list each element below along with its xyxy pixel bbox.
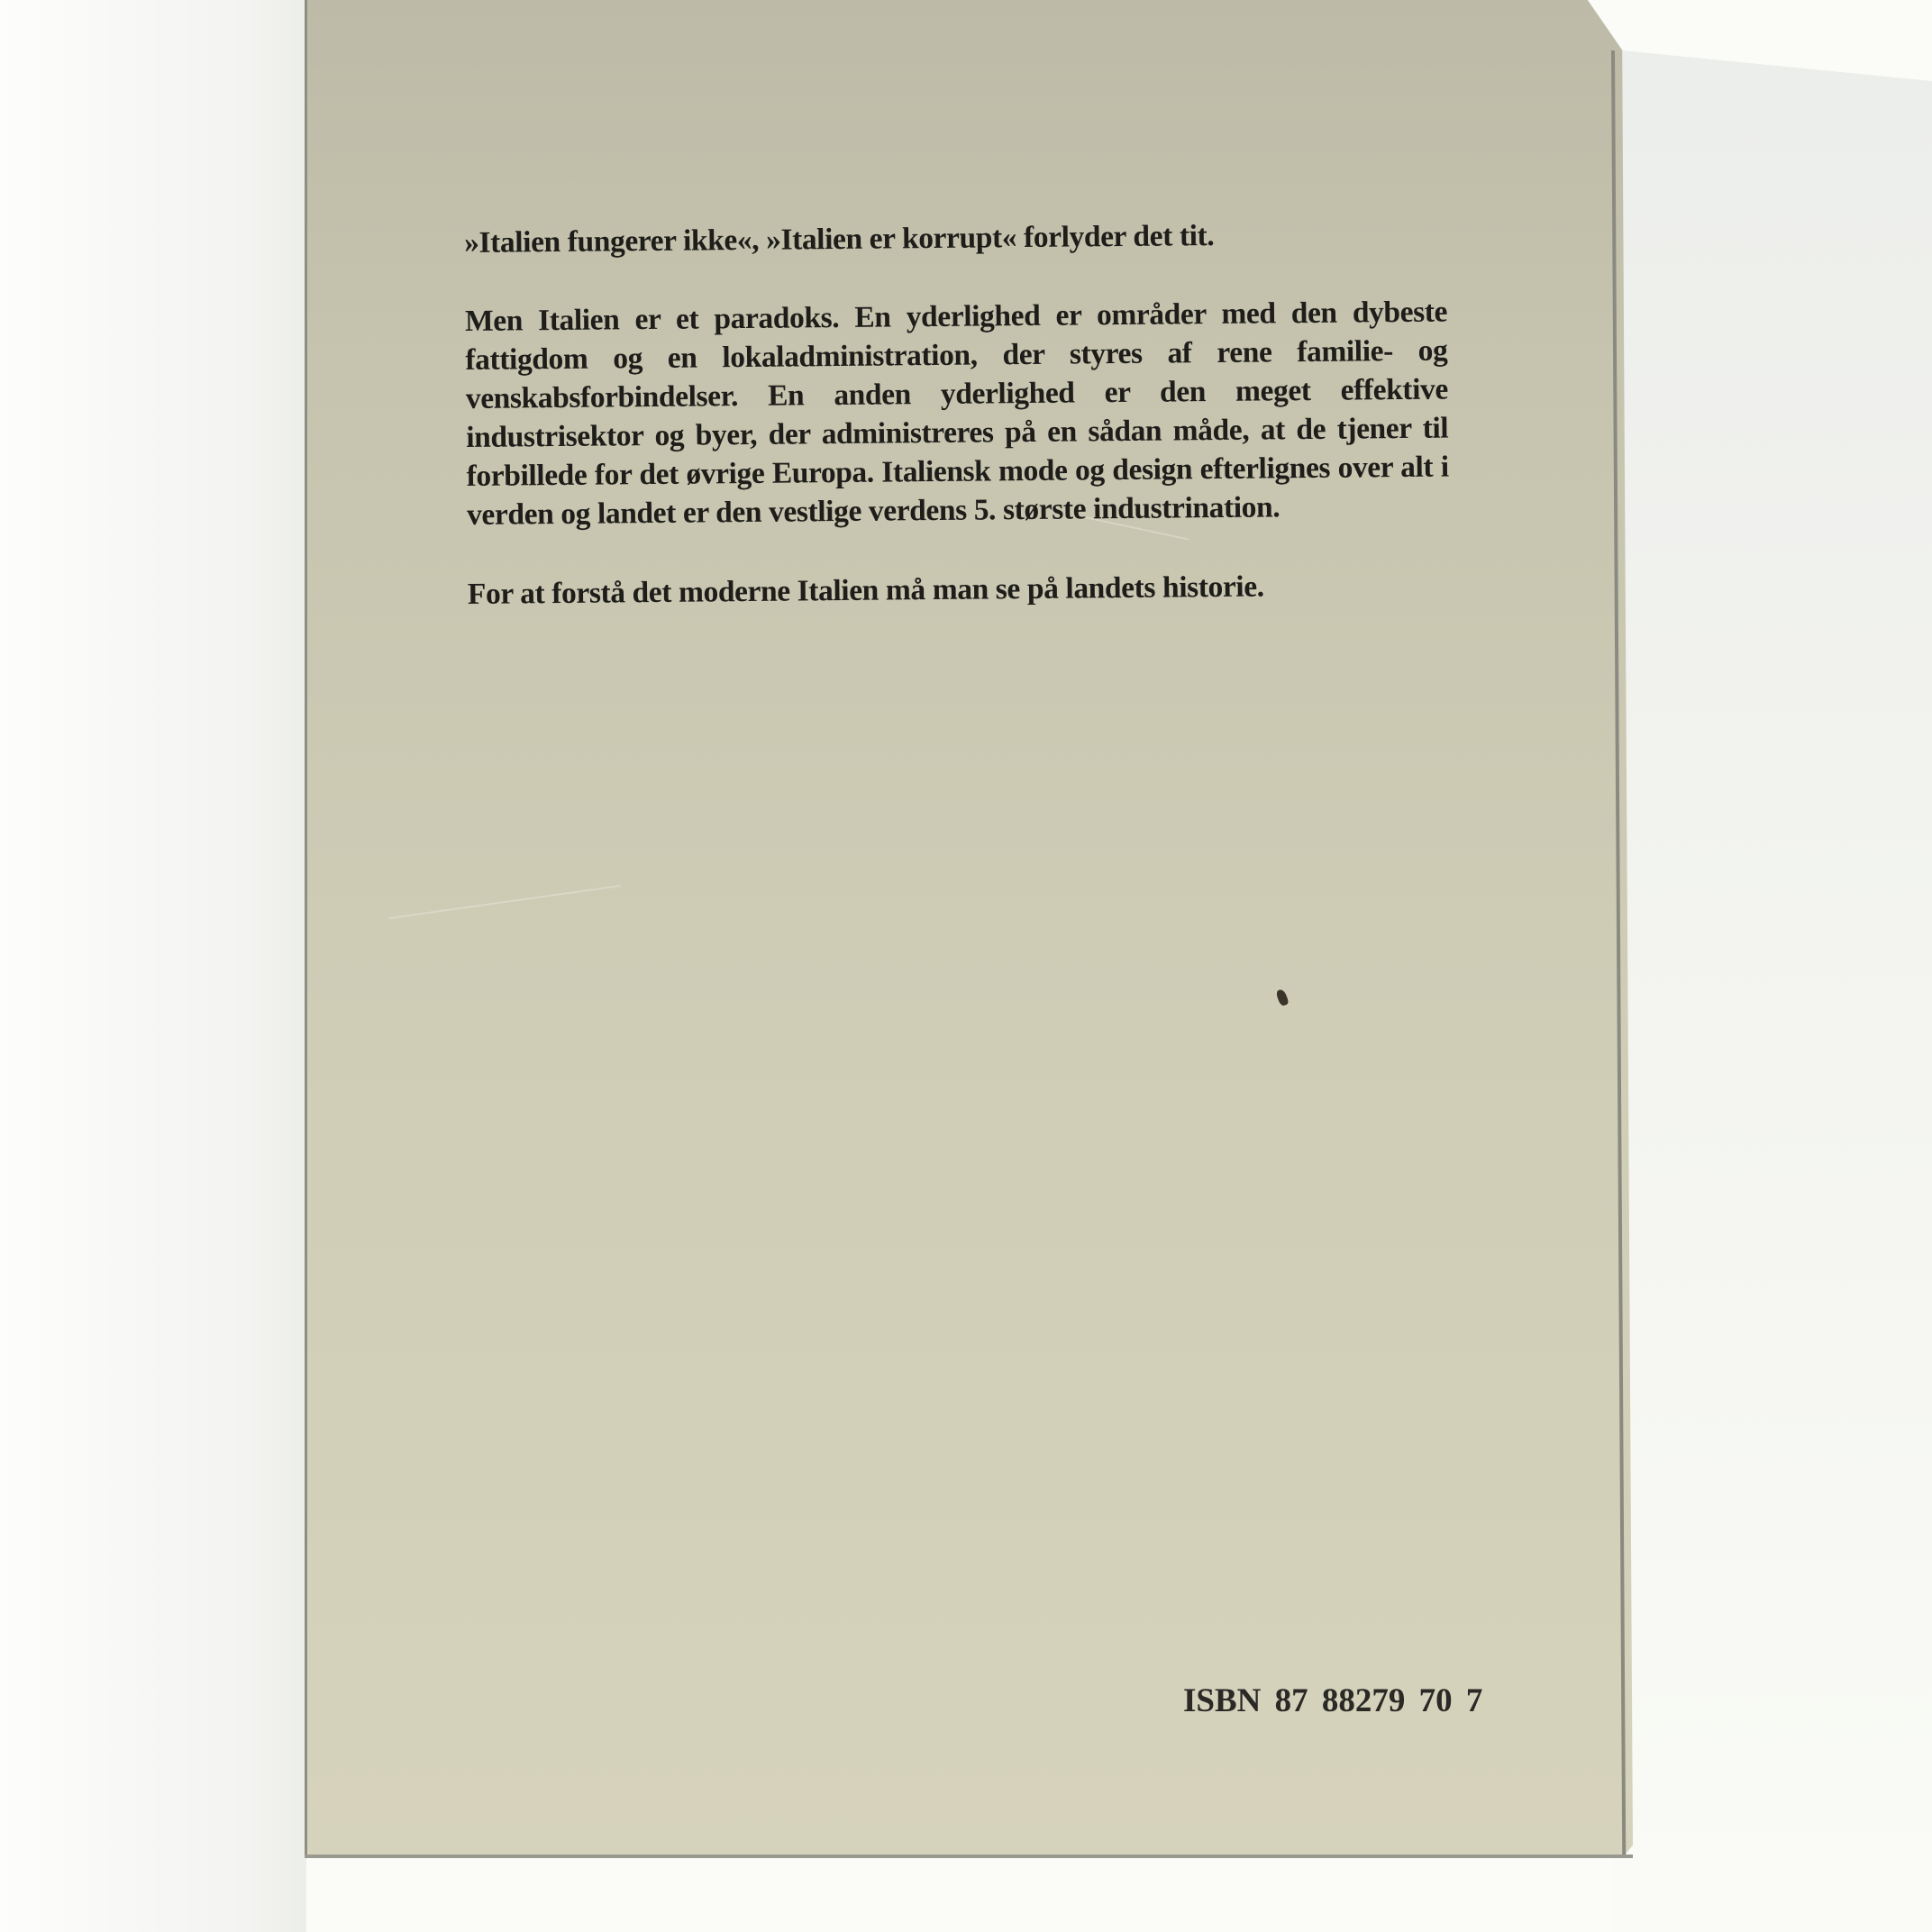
isbn-number: ISBN 87 88279 70 7 <box>1183 1681 1482 1720</box>
background-shadow-right <box>1613 45 1932 1932</box>
background-left <box>0 0 306 1932</box>
blurb-text: »Italien fungerer ikke«, »Italien er kor… <box>464 214 1450 614</box>
blurb-paragraph-main: Men Italien er et paradoks. En yderlighe… <box>465 293 1449 534</box>
blurb-paragraph-quote: »Italien fungerer ikke«, »Italien er kor… <box>464 214 1446 262</box>
book-bottom-edge <box>305 1855 1633 1858</box>
